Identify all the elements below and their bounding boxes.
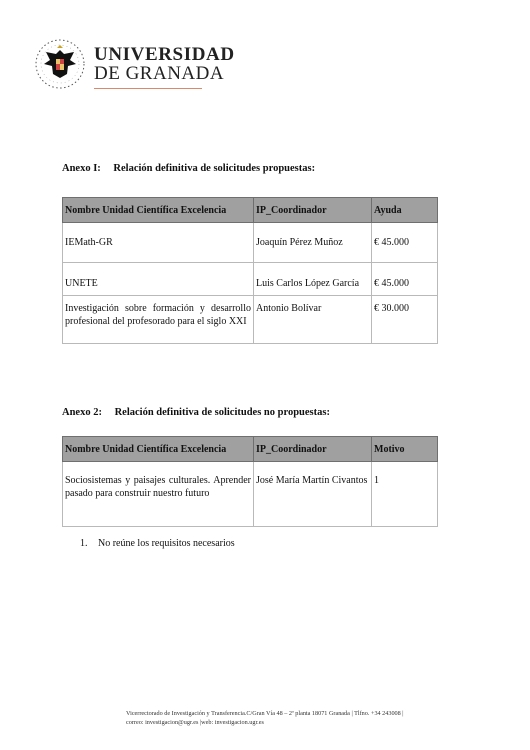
footnote-number: 1.: [80, 538, 88, 549]
cell-ayuda: € 30.000: [372, 296, 438, 344]
table-row: Sociosistemas y paisajes culturales. Apr…: [63, 462, 438, 527]
cell-ayuda: € 45.000: [372, 263, 438, 296]
annex2-number: Anexo 2:: [62, 407, 102, 418]
column-header-name: Nombre Unidad Científica Excelencia: [63, 198, 254, 223]
university-seal-icon: [34, 38, 86, 90]
cell-coordinator: Antonio Bolívar: [254, 296, 372, 344]
page-footer: Vicerrectorado de Investigación y Transf…: [126, 709, 404, 727]
cell-name: UNETE: [63, 263, 254, 296]
column-header-ayuda: Ayuda: [372, 198, 438, 223]
cell-coordinator: Joaquín Pérez Muñoz: [254, 223, 372, 263]
column-header-motivo: Motivo: [372, 437, 438, 462]
cell-name: Sociosistemas y paisajes culturales. Apr…: [63, 462, 254, 527]
table-row: IEMath-GR Joaquín Pérez Muñoz € 45.000: [63, 223, 438, 263]
cell-ayuda: € 45.000: [372, 223, 438, 263]
table-header-row: Nombre Unidad Científica Excelencia IP_C…: [63, 198, 438, 223]
footnote-text: No reúne los requisitos necesarios: [98, 538, 235, 549]
cell-coordinator: José María Martín Civantos: [254, 462, 372, 527]
cell-name: IEMath-GR: [63, 223, 254, 263]
table-row: UNETE Luis Carlos López García € 45.000: [63, 263, 438, 296]
annex1-table: Nombre Unidad Científica Excelencia IP_C…: [62, 197, 438, 344]
column-header-coordinator: IP_Coordinador: [254, 198, 372, 223]
footnote-item: 1. No reúne los requisitos necesarios: [80, 538, 235, 549]
annex2-title: Anexo 2: Relación definitiva de solicitu…: [62, 407, 330, 418]
university-name-line2: DE GRANADA: [94, 64, 235, 83]
annex1-heading: Relación definitiva de solicitudes propu…: [113, 163, 315, 174]
cell-coordinator: Luis Carlos López García: [254, 263, 372, 296]
annex1-number: Anexo I:: [62, 163, 101, 174]
cell-name: Investigación sobre formación y desarrol…: [63, 296, 254, 344]
cell-motivo: 1: [372, 462, 438, 527]
column-header-name: Nombre Unidad Científica Excelencia: [63, 437, 254, 462]
university-name-line1: UNIVERSIDAD: [94, 45, 235, 64]
footer-address: Vicerrectorado de Investigación y Transf…: [126, 709, 404, 718]
annex2-table: Nombre Unidad Científica Excelencia IP_C…: [62, 436, 438, 527]
header-rule: [94, 88, 202, 89]
table-row: Investigación sobre formación y desarrol…: [63, 296, 438, 344]
university-name: UNIVERSIDAD DE GRANADA: [94, 45, 235, 83]
annex2-heading: Relación definitiva de solicitudes no pr…: [115, 407, 330, 418]
table-header-row: Nombre Unidad Científica Excelencia IP_C…: [63, 437, 438, 462]
column-header-coordinator: IP_Coordinador: [254, 437, 372, 462]
footer-contact: correo: investigacion@ugr.es |web: inves…: [126, 718, 404, 727]
annex1-title: Anexo I: Relación definitiva de solicitu…: [62, 163, 315, 174]
